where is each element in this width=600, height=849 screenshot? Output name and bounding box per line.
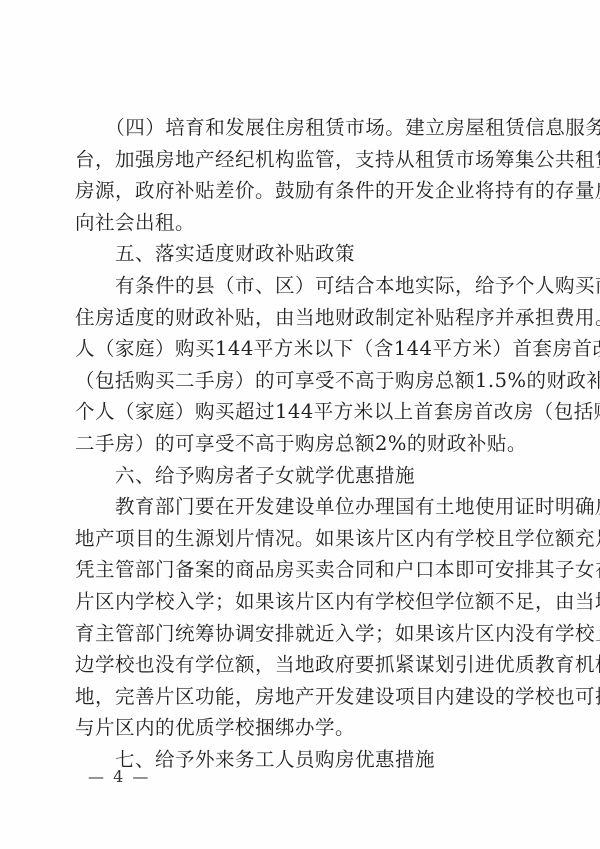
text-line: 片区内学校入学；如果该片区内有学校但学位额不足，由当地教 bbox=[75, 586, 530, 618]
heading-text: 六、给予购房者子女就学优惠措施 bbox=[75, 460, 530, 492]
text-line: 教育部门要在开发建设单位办理国有土地使用证时明确房 bbox=[75, 491, 530, 523]
text-line: 住房适度的财政补贴，由当地财政制定补贴程序并承担费用。个 bbox=[75, 302, 530, 334]
text-line: 边学校也没有学位额，当地政府要抓紧谋划引进优质教育机构落 bbox=[75, 649, 530, 681]
text-line: （四）培育和发展住房租赁市场。建立房屋租赁信息服务平 bbox=[75, 112, 530, 144]
text-line: 人（家庭）购买144平方米以下（含144平方米）首套房首改房 bbox=[75, 333, 530, 365]
text-line: 凭主管部门备案的商品房买卖合同和户口本即可安排其子女在 bbox=[75, 554, 530, 586]
document-page: （四）培育和发展住房租赁市场。建立房屋租赁信息服务平 台，加强房地产经纪机构监管… bbox=[0, 0, 600, 849]
text-line: 有条件的县（市、区）可结合本地实际，给予个人购买商品 bbox=[75, 270, 530, 302]
text-line: 个人（家庭）购买超过144平方米以上首套房首改房（包括购买 bbox=[75, 396, 530, 428]
paragraph-education: 教育部门要在开发建设单位办理国有土地使用证时明确房 地产项目的生源划片情况。如果… bbox=[75, 491, 530, 744]
text-line: 地，完善片区功能，房地产开发建设项目内建设的学校也可探讨 bbox=[75, 681, 530, 713]
text-line: 房源，政府补贴差价。鼓励有条件的开发企业将持有的存量房源 bbox=[75, 175, 530, 207]
text-line: 与片区内的优质学校捆绑办学。 bbox=[75, 712, 530, 744]
text-line: 向社会出租。 bbox=[75, 207, 530, 239]
text-line: 二手房）的可享受不高于购房总额2%的财政补贴。 bbox=[75, 428, 530, 460]
text-line: 地产项目的生源划片情况。如果该片区内有学校且学位额充足， bbox=[75, 523, 530, 555]
page-number: — 4 — bbox=[88, 767, 150, 786]
paragraph-rental-market: （四）培育和发展住房租赁市场。建立房屋租赁信息服务平 台，加强房地产经纪机构监管… bbox=[75, 112, 530, 238]
heading-text: 五、落实适度财政补贴政策 bbox=[75, 238, 530, 270]
paragraph-subsidy: 有条件的县（市、区）可结合本地实际，给予个人购买商品 住房适度的财政补贴，由当地… bbox=[75, 270, 530, 460]
document-body: （四）培育和发展住房租赁市场。建立房屋租赁信息服务平 台，加强房地产经纪机构监管… bbox=[75, 112, 530, 775]
text-line: 育主管部门统筹协调安排就近入学；如果该片区内没有学校且周 bbox=[75, 618, 530, 650]
text-line: （包括购买二手房）的可享受不高于购房总额1.5%的财政补贴； bbox=[75, 365, 530, 397]
section-heading-6: 六、给予购房者子女就学优惠措施 bbox=[75, 460, 530, 492]
text-line: 台，加强房地产经纪机构监管，支持从租赁市场筹集公共租赁房 bbox=[75, 144, 530, 176]
section-heading-5: 五、落实适度财政补贴政策 bbox=[75, 238, 530, 270]
